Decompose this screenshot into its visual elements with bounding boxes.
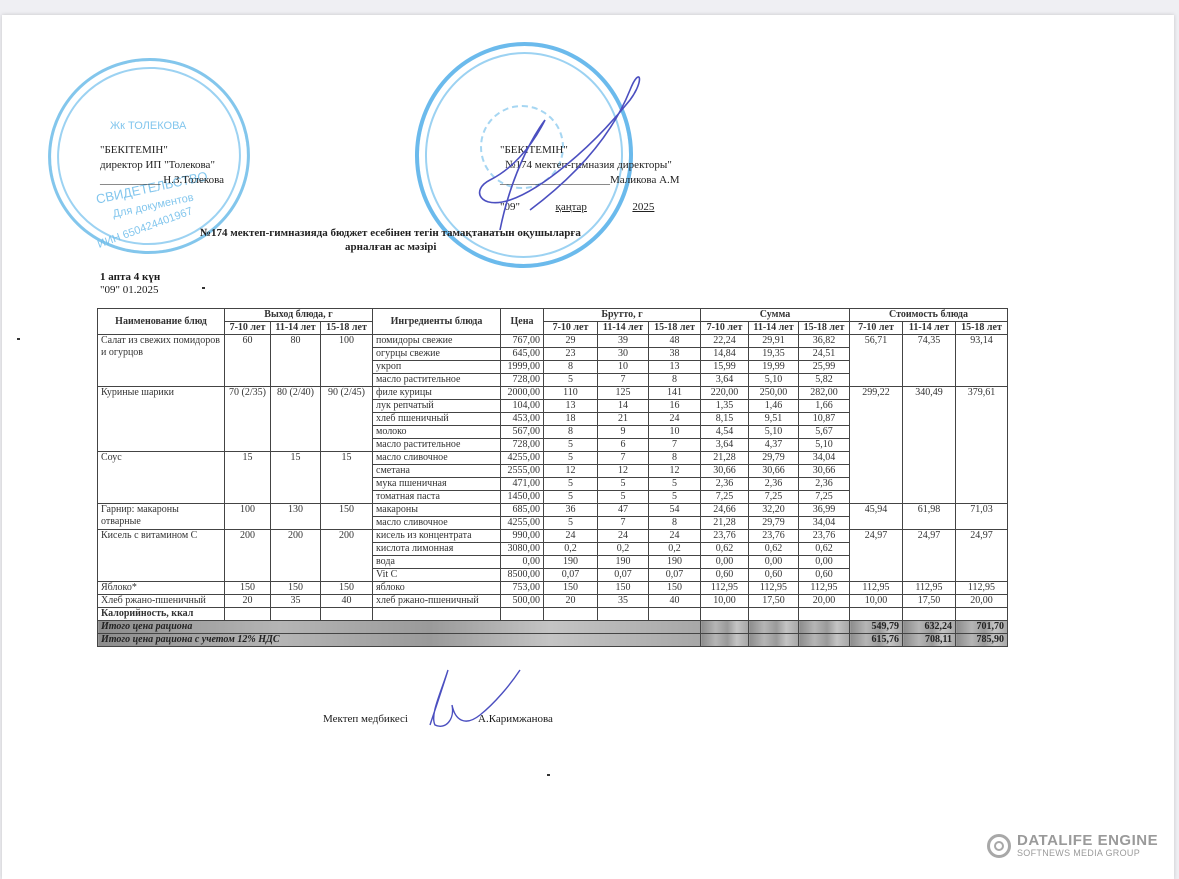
ingredient-brutto: 38	[649, 348, 701, 361]
ingredient-price: 753,00	[501, 582, 544, 595]
ingredient-price: 4255,00	[501, 452, 544, 465]
ingredient-sum: 29,79	[749, 517, 799, 530]
header-age-groups: 7-10 лет11-14 лет15-18 лет7-10 лет11-14 …	[98, 322, 1008, 335]
total-row: Итого цена рациона с учетом 12% НДС615,7…	[98, 634, 1008, 647]
empty-cell	[749, 608, 799, 621]
approval-heading: "БЕКІТЕМІН"	[500, 143, 680, 158]
ingredient-sum: 30,66	[799, 465, 850, 478]
header-cost-age-1: 11-14 лет	[903, 322, 956, 335]
ingredient-price: 3080,00	[501, 543, 544, 556]
dish-cost: 112,95	[903, 582, 956, 595]
empty-cell	[225, 608, 271, 621]
ingredient-sum: 1,66	[799, 400, 850, 413]
ingredient-name: мука пшеничная	[373, 478, 501, 491]
ingredient-sum: 220,00	[701, 387, 749, 400]
ingredient-sum: 14,84	[701, 348, 749, 361]
ingredient-brutto: 12	[544, 465, 598, 478]
ingredient-sum: 32,20	[749, 504, 799, 517]
ingredient-price: 728,00	[501, 374, 544, 387]
ingredient-price: 104,00	[501, 400, 544, 413]
header-sum-age-1: 11-14 лет	[749, 322, 799, 335]
dish-cost: 56,71	[850, 335, 903, 387]
dish-yield: 200	[271, 530, 321, 582]
header-brutto-age-1: 11-14 лет	[598, 322, 649, 335]
header-cost-age-0: 7-10 лет	[850, 322, 903, 335]
ingredient-sum: 0,62	[701, 543, 749, 556]
total-value: 701,70	[956, 621, 1008, 634]
ingredient-sum: 0,62	[799, 543, 850, 556]
ingredient-name: кисель из концентрата	[373, 530, 501, 543]
ingredient-brutto: 23	[544, 348, 598, 361]
ingredient-brutto: 8	[649, 517, 701, 530]
empty-cell	[701, 621, 749, 634]
datalife-logo-icon	[987, 834, 1011, 858]
empty-cell	[749, 621, 799, 634]
ingredient-name: масло сливочное	[373, 517, 501, 530]
ingredient-brutto: 7	[598, 374, 649, 387]
ingredient-name: масло растительное	[373, 439, 501, 452]
header-ingredients: Ингредиенты блюда	[373, 309, 501, 335]
ingredient-brutto: 8	[649, 374, 701, 387]
header-sum-age-2: 15-18 лет	[799, 322, 850, 335]
total-value: 549,79	[850, 621, 903, 634]
ingredient-sum: 7,25	[749, 491, 799, 504]
ingredient-brutto: 24	[544, 530, 598, 543]
ingredient-sum: 0,62	[749, 543, 799, 556]
ingredient-name: укроп	[373, 361, 501, 374]
ingredient-sum: 21,28	[701, 452, 749, 465]
ingredient-sum: 30,66	[701, 465, 749, 478]
ingredient-price: 453,00	[501, 413, 544, 426]
ingredient-brutto: 18	[544, 413, 598, 426]
approval-position: №174 мектеп-гимназия директоры"	[500, 158, 680, 173]
ingredient-sum: 20,00	[799, 595, 850, 608]
ingredient-brutto: 150	[598, 582, 649, 595]
ingredient-sum: 36,82	[799, 335, 850, 348]
header-brutto-age-0: 7-10 лет	[544, 322, 598, 335]
nurse-name: А.Каримжанова	[478, 713, 553, 725]
ingredient-brutto: 190	[598, 556, 649, 569]
ingredient-brutto: 20	[544, 595, 598, 608]
ingredient-sum: 17,50	[749, 595, 799, 608]
ingredient-price: 2000,00	[501, 387, 544, 400]
ingredient-sum: 23,76	[749, 530, 799, 543]
ingredient-sum: 7,25	[701, 491, 749, 504]
ingredient-brutto: 29	[544, 335, 598, 348]
ingredient-price: 471,00	[501, 478, 544, 491]
ingredient-name: масло растительное	[373, 374, 501, 387]
header-dish-cost: Стоимость блюда	[850, 309, 1008, 322]
ingredient-sum: 9,51	[749, 413, 799, 426]
ingredient-sum: 8,15	[701, 413, 749, 426]
ingredient-brutto: 24	[649, 530, 701, 543]
ingredient-brutto: 48	[649, 335, 701, 348]
total-row: Итого цена рациона549,79632,24701,70	[98, 621, 1008, 634]
ingredient-name: помидоры свежие	[373, 335, 501, 348]
stamp-text: Жк ТОЛЕКОВА	[110, 120, 186, 132]
ingredient-brutto: 141	[649, 387, 701, 400]
header-yield: Выход блюда, г	[225, 309, 373, 322]
ingredient-brutto: 30	[598, 348, 649, 361]
empty-cell	[649, 608, 701, 621]
ingredient-brutto: 0,2	[649, 543, 701, 556]
empty-cell	[501, 608, 544, 621]
empty-cell	[799, 608, 850, 621]
ingredient-sum: 2,36	[701, 478, 749, 491]
dish-cost: 340,49	[903, 387, 956, 504]
ingredient-brutto: 12	[598, 465, 649, 478]
dish-yield: 100	[225, 504, 271, 530]
empty-cell	[321, 608, 373, 621]
empty-cell	[544, 608, 598, 621]
dish-yield: 100	[321, 335, 373, 387]
ingredient-sum: 112,95	[749, 582, 799, 595]
ingredient-sum: 34,04	[799, 517, 850, 530]
total-label: Итого цена рациона с учетом 12% НДС	[98, 634, 701, 647]
approval-signature-line: ___________ Н.З.Толекова	[100, 173, 224, 188]
document-title-line2: арналған ас мәзірі	[345, 240, 545, 254]
table-row: Хлеб ржано-пшеничный203540хлеб ржано-пше…	[98, 595, 1008, 608]
ingredient-brutto: 14	[598, 400, 649, 413]
total-value: 785,90	[956, 634, 1008, 647]
approval-date: "09" қаңтар 2025	[500, 200, 680, 215]
ingredient-brutto: 5	[649, 478, 701, 491]
dish-cost: 299,22	[850, 387, 903, 504]
dish-cost: 93,14	[956, 335, 1008, 387]
header-cost-age-2: 15-18 лет	[956, 322, 1008, 335]
ingredient-brutto: 9	[598, 426, 649, 439]
approval-position: директор ИП "Толекова"	[100, 158, 224, 173]
ingredient-name: сметана	[373, 465, 501, 478]
ingredient-brutto: 10	[649, 426, 701, 439]
dish-yield: 80 (2/40)	[271, 387, 321, 452]
ingredient-sum: 0,60	[749, 569, 799, 582]
ingredient-sum: 0,60	[701, 569, 749, 582]
ingredient-sum: 0,00	[799, 556, 850, 569]
ingredient-brutto: 24	[649, 413, 701, 426]
ingredient-sum: 7,25	[799, 491, 850, 504]
empty-cell	[598, 608, 649, 621]
watermark-title: DATALIFE ENGINE	[1017, 833, 1158, 848]
ingredient-brutto: 110	[544, 387, 598, 400]
dish-cost: 112,95	[850, 582, 903, 595]
ingredient-sum: 5,10	[799, 439, 850, 452]
calories-label: Калорийность, ккал	[98, 608, 225, 621]
ingredient-brutto: 36	[544, 504, 598, 517]
ingredient-brutto: 0,07	[649, 569, 701, 582]
ingredient-brutto: 150	[544, 582, 598, 595]
ingredient-name: огурцы свежие	[373, 348, 501, 361]
ingredient-sum: 112,95	[701, 582, 749, 595]
empty-cell	[749, 634, 799, 647]
date-year: 2025	[632, 201, 654, 213]
approval-left: "БЕКІТЕМІН" директор ИП "Толекова" _____…	[100, 143, 224, 188]
ingredient-price: 567,00	[501, 426, 544, 439]
ingredient-sum: 10,00	[701, 595, 749, 608]
ingredient-brutto: 5	[544, 517, 598, 530]
table-row: Яблоко*150150150яблоко753,00150150150112…	[98, 582, 1008, 595]
ingredient-brutto: 7	[598, 452, 649, 465]
ingredient-sum: 0,60	[799, 569, 850, 582]
ingredient-sum: 4,37	[749, 439, 799, 452]
ingredient-sum: 23,76	[799, 530, 850, 543]
ingredient-price: 2555,00	[501, 465, 544, 478]
table-row: Кисель с витамином С200200200кисель из к…	[98, 530, 1008, 543]
ingredient-name: яблоко	[373, 582, 501, 595]
ingredient-price: 685,00	[501, 504, 544, 517]
ingredient-brutto: 5	[544, 491, 598, 504]
dish-cost: 10,00	[850, 595, 903, 608]
ingredient-brutto: 39	[598, 335, 649, 348]
dish-yield: 90 (2/45)	[321, 387, 373, 452]
header-price: Цена	[501, 309, 544, 335]
ingredient-sum: 282,00	[799, 387, 850, 400]
ingredient-brutto: 5	[544, 374, 598, 387]
table-row: Куриные шарики70 (2/35)80 (2/40)90 (2/45…	[98, 387, 1008, 400]
header-yield-age-0: 7-10 лет	[225, 322, 271, 335]
ingredient-sum: 250,00	[749, 387, 799, 400]
ingredient-sum: 34,04	[799, 452, 850, 465]
header-dish-name: Наименование блюд	[98, 309, 225, 335]
ingredient-price: 500,00	[501, 595, 544, 608]
ingredient-sum: 22,24	[701, 335, 749, 348]
dish-yield: 200	[321, 530, 373, 582]
ingredient-name: Vit C	[373, 569, 501, 582]
nurse-label: Мектеп медбикесі	[323, 713, 408, 725]
ingredient-brutto: 190	[544, 556, 598, 569]
ingredient-sum: 10,87	[799, 413, 850, 426]
ingredient-brutto: 5	[598, 491, 649, 504]
ingredient-brutto: 7	[649, 439, 701, 452]
ingredient-price: 1450,00	[501, 491, 544, 504]
ingredient-sum: 19,35	[749, 348, 799, 361]
ingredient-brutto: 5	[544, 439, 598, 452]
empty-cell	[373, 608, 501, 621]
ingredient-sum: 3,64	[701, 439, 749, 452]
table-row: Гарнир: макароны отварные100130150макаро…	[98, 504, 1008, 517]
ingredient-brutto: 150	[649, 582, 701, 595]
dish-cost: 71,03	[956, 504, 1008, 530]
ingredient-brutto: 0,2	[598, 543, 649, 556]
ingredient-price: 0,00	[501, 556, 544, 569]
ingredient-sum: 5,10	[749, 426, 799, 439]
ingredient-sum: 112,95	[799, 582, 850, 595]
scan-speck	[547, 774, 550, 776]
document-title-line1: №174 мектеп-гимназияда бюджет есебінен т…	[200, 226, 600, 240]
dish-yield: 130	[271, 504, 321, 530]
ingredient-sum: 25,99	[799, 361, 850, 374]
ingredient-brutto: 24	[598, 530, 649, 543]
dish-yield: 15	[321, 452, 373, 504]
ingredient-price: 645,00	[501, 348, 544, 361]
dish-yield: 150	[271, 582, 321, 595]
ingredient-brutto: 13	[544, 400, 598, 413]
approval-right: "БЕКІТЕМІН" №174 мектеп-гимназия директо…	[500, 143, 680, 215]
ingredient-name: лук репчатый	[373, 400, 501, 413]
dish-name: Кисель с витамином С	[98, 530, 225, 582]
ingredient-sum: 15,99	[701, 361, 749, 374]
ingredient-brutto: 13	[649, 361, 701, 374]
ingredient-brutto: 0,07	[598, 569, 649, 582]
approval-signature-line: ____________________Маликова А.М	[500, 173, 680, 188]
ingredient-brutto: 10	[598, 361, 649, 374]
ingredient-sum: 24,66	[701, 504, 749, 517]
dish-yield: 35	[271, 595, 321, 608]
ingredient-sum: 0,00	[701, 556, 749, 569]
ingredient-name: хлеб ржано-пшеничный	[373, 595, 501, 608]
header-yield-age-2: 15-18 лет	[321, 322, 373, 335]
empty-cell	[271, 608, 321, 621]
ingredient-price: 767,00	[501, 335, 544, 348]
empty-cell	[799, 634, 850, 647]
ingredient-price: 990,00	[501, 530, 544, 543]
datalife-watermark: DATALIFE ENGINE SOFTNEWS MEDIA GROUP	[987, 833, 1158, 858]
menu-date: "09" 01.2025	[100, 284, 158, 297]
total-value: 708,11	[903, 634, 956, 647]
ingredient-price: 4255,00	[501, 517, 544, 530]
table-row: Салат из свежих помидоров и огурцов60801…	[98, 335, 1008, 348]
dish-cost: 24,97	[903, 530, 956, 582]
ingredient-sum: 30,66	[749, 465, 799, 478]
dish-cost: 379,61	[956, 387, 1008, 504]
ingredient-brutto: 190	[649, 556, 701, 569]
date-month: қаңтар	[555, 201, 586, 213]
ingredient-brutto: 5	[544, 478, 598, 491]
empty-cell	[701, 634, 749, 647]
ingredient-sum: 29,91	[749, 335, 799, 348]
total-value: 615,76	[850, 634, 903, 647]
dish-yield: 15	[271, 452, 321, 504]
ingredient-sum: 3,64	[701, 374, 749, 387]
dish-name: Салат из свежих помидоров и огурцов	[98, 335, 225, 387]
ingredient-sum: 23,76	[701, 530, 749, 543]
ingredient-brutto: 35	[598, 595, 649, 608]
dish-cost: 24,97	[850, 530, 903, 582]
header-brutto: Брутто, г	[544, 309, 701, 322]
dish-cost: 45,94	[850, 504, 903, 530]
dish-cost: 74,35	[903, 335, 956, 387]
dish-yield: 60	[225, 335, 271, 387]
ingredient-brutto: 16	[649, 400, 701, 413]
ingredient-name: кислота лимонная	[373, 543, 501, 556]
ingredient-sum: 29,79	[749, 452, 799, 465]
ingredient-brutto: 54	[649, 504, 701, 517]
ingredient-name: вода	[373, 556, 501, 569]
empty-cell	[903, 608, 956, 621]
ingredient-brutto: 6	[598, 439, 649, 452]
ingredient-brutto: 8	[544, 426, 598, 439]
ingredient-price: 728,00	[501, 439, 544, 452]
header-brutto-age-2: 15-18 лет	[649, 322, 701, 335]
ingredient-brutto: 47	[598, 504, 649, 517]
dish-yield: 150	[321, 504, 373, 530]
ingredient-name: масло сливочное	[373, 452, 501, 465]
empty-cell	[701, 608, 749, 621]
ingredient-brutto: 0,2	[544, 543, 598, 556]
ingredient-sum: 5,82	[799, 374, 850, 387]
menu-table: Наименование блюд Выход блюда, г Ингреди…	[97, 308, 1008, 647]
dish-yield: 40	[321, 595, 373, 608]
ingredient-sum: 0,00	[749, 556, 799, 569]
ingredient-sum: 21,28	[701, 517, 749, 530]
ingredient-brutto: 8	[649, 452, 701, 465]
ingredient-sum: 1,35	[701, 400, 749, 413]
dish-cost: 20,00	[956, 595, 1008, 608]
ingredient-price: 1999,00	[501, 361, 544, 374]
ingredient-brutto: 8	[544, 361, 598, 374]
dish-yield: 70 (2/35)	[225, 387, 271, 452]
ingredient-name: томатная паста	[373, 491, 501, 504]
dish-yield: 15	[225, 452, 271, 504]
ingredient-sum: 5,10	[749, 374, 799, 387]
scan-speck	[17, 338, 20, 340]
header-sum-age-0: 7-10 лет	[701, 322, 749, 335]
ingredient-sum: 4,54	[701, 426, 749, 439]
ingredient-brutto: 12	[649, 465, 701, 478]
ingredient-brutto: 0,07	[544, 569, 598, 582]
total-value: 632,24	[903, 621, 956, 634]
ingredient-brutto: 5	[544, 452, 598, 465]
watermark-subtitle: SOFTNEWS MEDIA GROUP	[1017, 848, 1158, 858]
dish-name: Яблоко*	[98, 582, 225, 595]
ingredient-name: молоко	[373, 426, 501, 439]
approval-heading: "БЕКІТЕМІН"	[100, 143, 224, 158]
dish-cost: 61,98	[903, 504, 956, 530]
ingredient-brutto: 5	[598, 478, 649, 491]
ingredient-name: макароны	[373, 504, 501, 517]
dish-cost: 17,50	[903, 595, 956, 608]
ingredient-brutto: 5	[649, 491, 701, 504]
week-day: 1 апта 4 күн	[100, 271, 160, 284]
ingredient-sum: 5,67	[799, 426, 850, 439]
ingredient-sum: 2,36	[799, 478, 850, 491]
ingredient-brutto: 125	[598, 387, 649, 400]
ingredient-name: филе курицы	[373, 387, 501, 400]
dish-name: Куриные шарики	[98, 387, 225, 452]
header-yield-age-1: 11-14 лет	[271, 322, 321, 335]
ingredient-sum: 1,46	[749, 400, 799, 413]
dish-yield: 20	[225, 595, 271, 608]
scan-speck	[202, 287, 205, 289]
ingredient-name: хлеб пшеничный	[373, 413, 501, 426]
dish-yield: 150	[321, 582, 373, 595]
ingredient-brutto: 40	[649, 595, 701, 608]
ingredient-brutto: 7	[598, 517, 649, 530]
dish-name: Хлеб ржано-пшеничный	[98, 595, 225, 608]
dish-yield: 150	[225, 582, 271, 595]
dish-cost: 112,95	[956, 582, 1008, 595]
header-sum: Сумма	[701, 309, 850, 322]
ingredient-sum: 19,99	[749, 361, 799, 374]
ingredient-brutto: 21	[598, 413, 649, 426]
dish-yield: 200	[225, 530, 271, 582]
empty-cell	[799, 621, 850, 634]
dish-name: Гарнир: макароны отварные	[98, 504, 225, 530]
ingredient-sum: 36,99	[799, 504, 850, 517]
dish-yield: 80	[271, 335, 321, 387]
empty-cell	[956, 608, 1008, 621]
dish-name: Соус	[98, 452, 225, 504]
ingredient-price: 8500,00	[501, 569, 544, 582]
empty-cell	[850, 608, 903, 621]
calories-row: Калорийность, ккал	[98, 608, 1008, 621]
date-day: "09"	[500, 201, 520, 213]
dish-cost: 24,97	[956, 530, 1008, 582]
ingredient-sum: 2,36	[749, 478, 799, 491]
total-label: Итого цена рациона	[98, 621, 701, 634]
ingredient-sum: 24,51	[799, 348, 850, 361]
